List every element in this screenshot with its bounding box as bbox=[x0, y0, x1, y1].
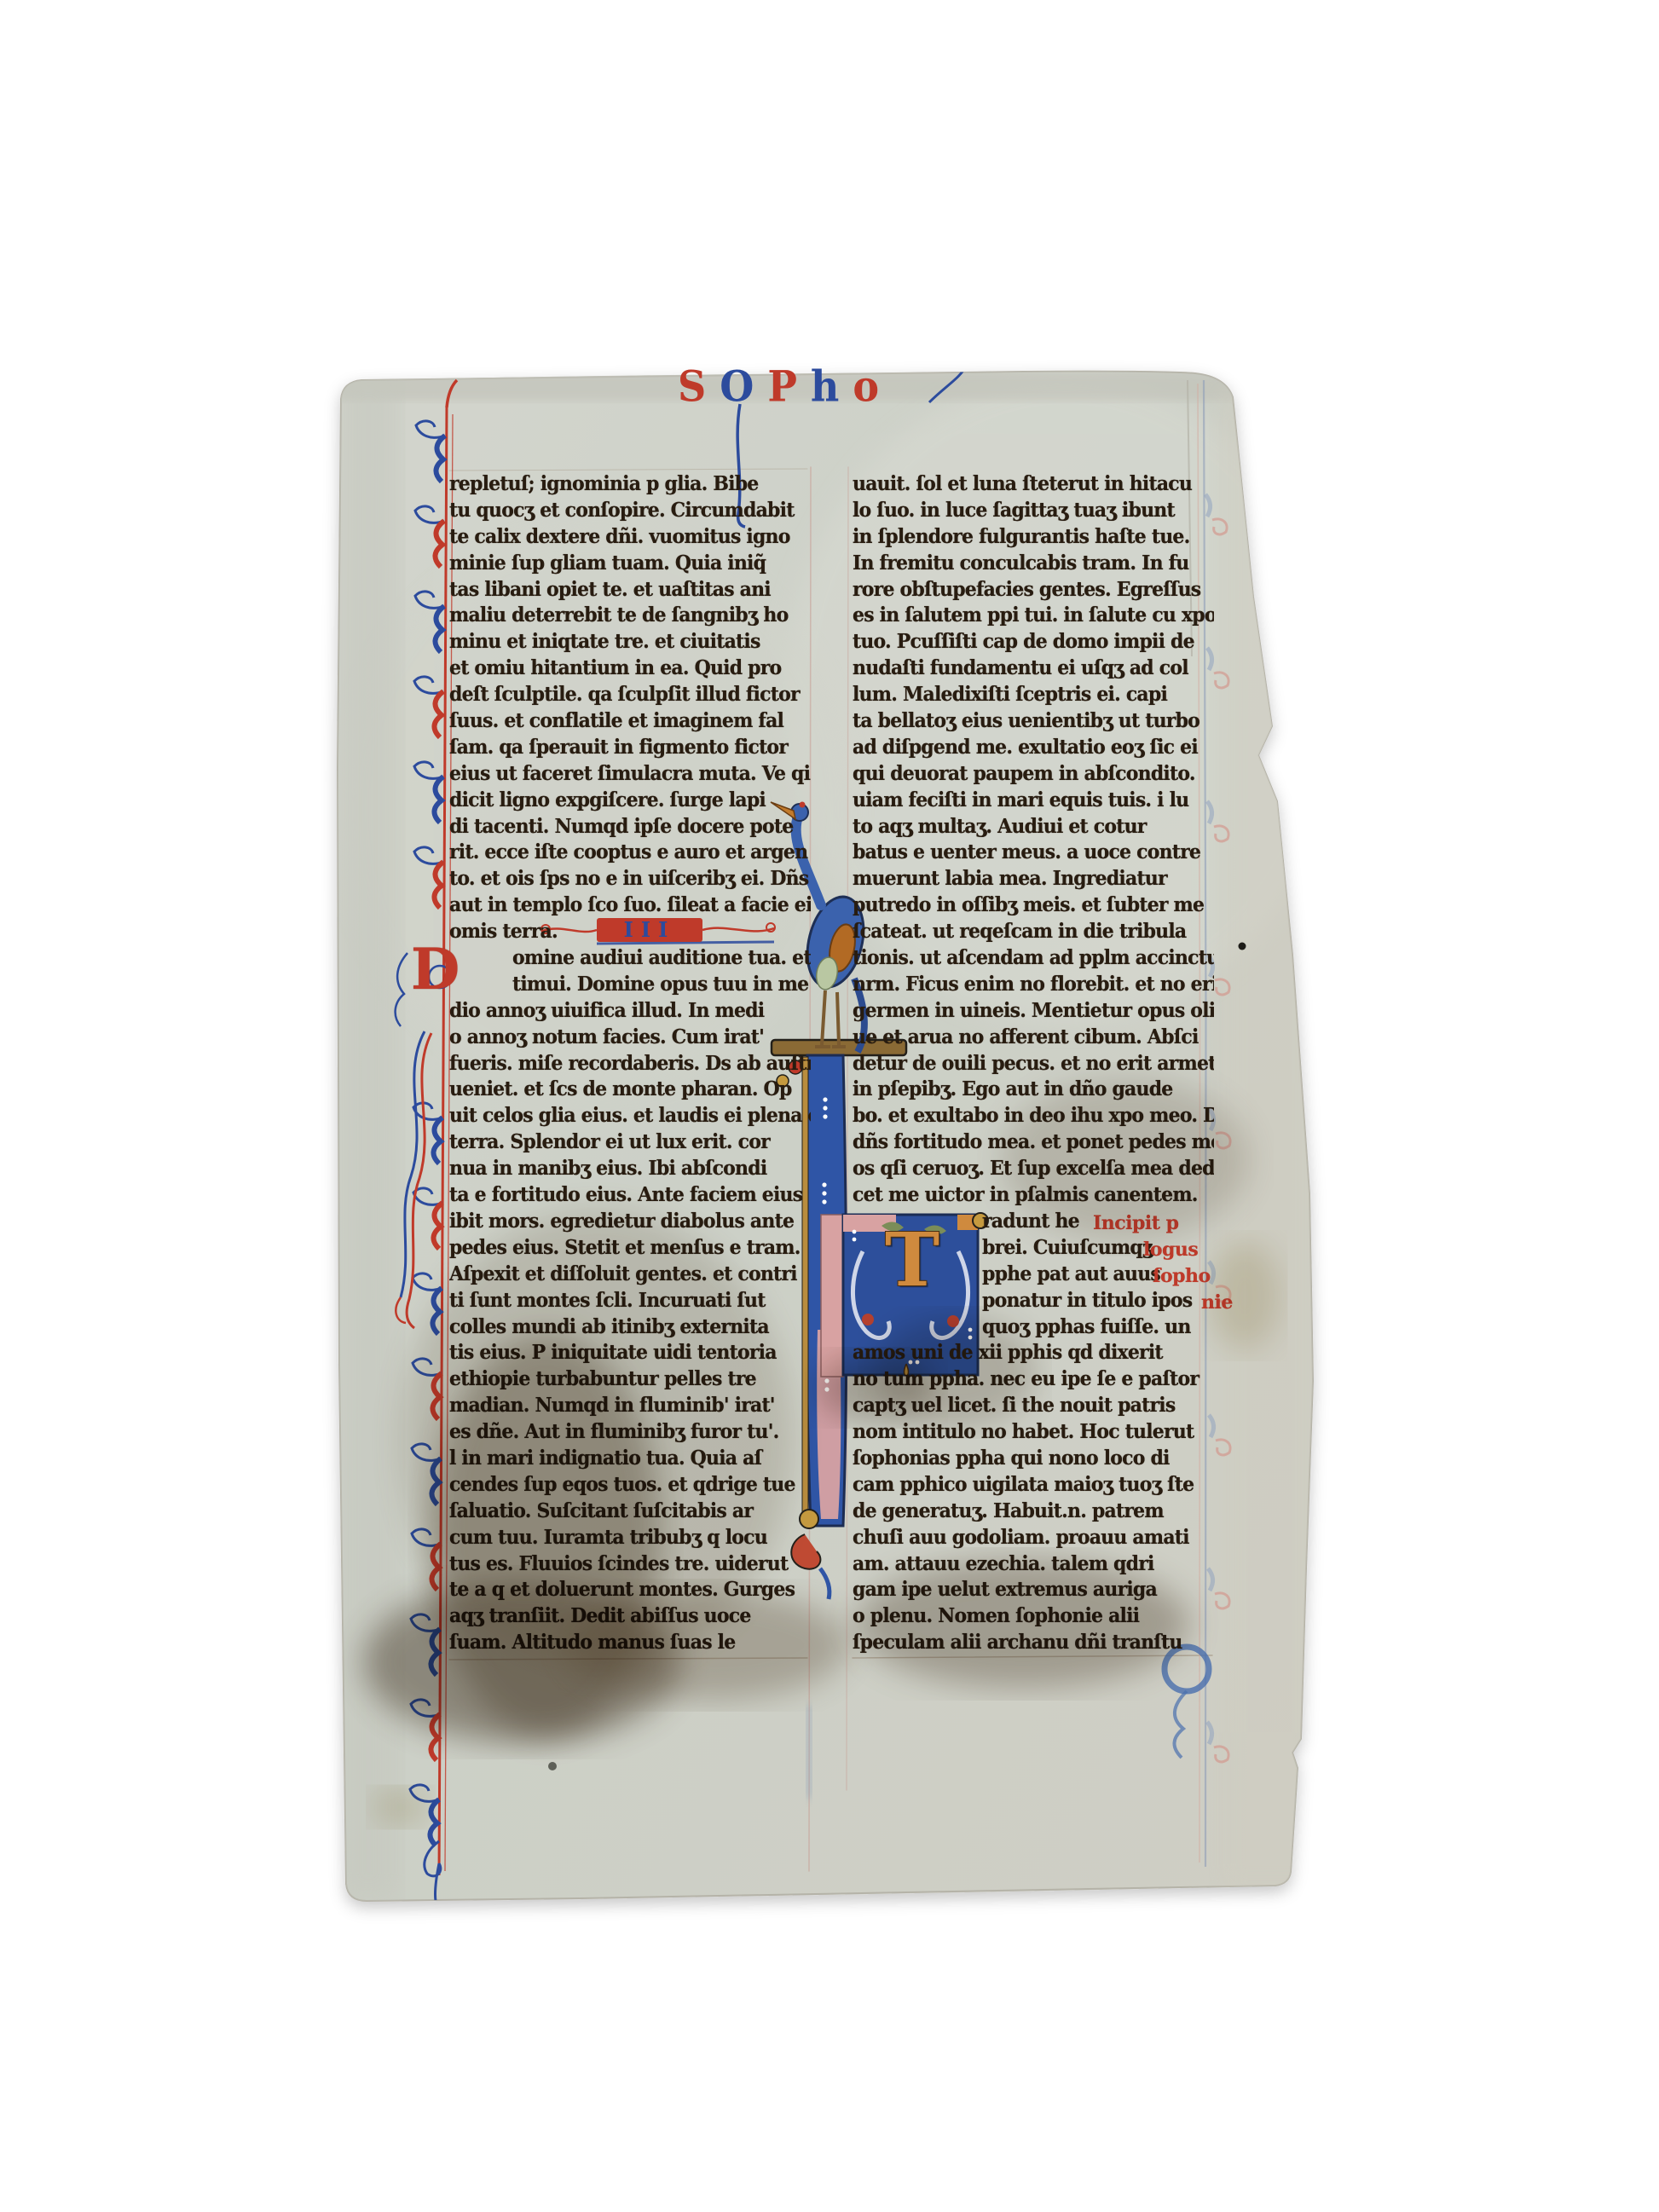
text-line: In fremitu conculcabis tram. In fu bbox=[853, 550, 1214, 577]
text-line: tu quocʒ et conſopire. Circumdabit bbox=[449, 497, 811, 524]
text-column-left: repletuſ; ignominia p glia. Bibetu quocʒ… bbox=[449, 471, 811, 1655]
text-line: maliu deterrebit te de ſangnibʒ ho bbox=[449, 602, 811, 629]
gutter-smudge bbox=[806, 1705, 812, 1799]
text-line: minu et iniqtate tre. et ciuitatis bbox=[449, 628, 811, 656]
text-line: gam ipe uelut extremus auriga bbox=[853, 1576, 1214, 1603]
running-title-letter: h bbox=[811, 365, 853, 407]
text-line: putredo in oſſibʒ meis. et ſubter me bbox=[853, 892, 1214, 919]
text-line: bo. et exultabo in deo ihu xpo meo. Ds bbox=[853, 1102, 1214, 1129]
text-line: ti ſunt montes ſcli. Incuruati ſut bbox=[449, 1287, 811, 1314]
text-line: te calix dextere dñi. vuomitus igno bbox=[449, 523, 811, 551]
text-line: madian. Numqd in fluminib' irat' bbox=[449, 1392, 811, 1419]
text-line: to aqʒ multaʒ. Audiui et cotur bbox=[853, 813, 1214, 840]
text-line: germen in uineis. Mentietur opus oli bbox=[853, 997, 1214, 1025]
text-line: fueris. miſe recordaberis. Ds ab auſtro bbox=[449, 1050, 811, 1077]
text-line: in pſepibʒ. Ego aut in dño gaude bbox=[853, 1076, 1214, 1103]
left-edge-shading bbox=[338, 375, 399, 1901]
text-line: in ſplendore fulgurantis haſte tue. bbox=[853, 523, 1214, 551]
text-line: cam pphico uigilata maioʒ tuoʒ ſte bbox=[853, 1471, 1214, 1499]
text-line: te a q et doluerunt montes. Gurges bbox=[449, 1576, 811, 1603]
running-title-letter: S bbox=[678, 365, 720, 407]
text-line: rit. ecce iſte cooptus e auro et argen bbox=[449, 839, 811, 866]
text-line: es dñe. Aut in fluminibʒ furor tu'. bbox=[449, 1418, 811, 1446]
text-line: os qſi ceruoʒ. Et ſup excelſa mea dedu bbox=[853, 1155, 1214, 1182]
text-line: cum tuu. Iuramta tribubʒ q locu bbox=[449, 1524, 811, 1551]
manuscript-leaf-photo: SOPho repletuſ; ignominia p glia. Bibetu… bbox=[0, 0, 1659, 2212]
parchment-artwork bbox=[0, 0, 1659, 2212]
chapter-number-rubric: III bbox=[597, 918, 702, 942]
text-line: et omiu hitantium in ea. Quid pro bbox=[449, 655, 811, 682]
text-line: cet me uictor in pſalmis canentem. bbox=[853, 1181, 1214, 1209]
text-line: ſpeculam alii archanu dñi tranſtu bbox=[853, 1629, 1214, 1656]
text-line: ue et arua no afferent cibum. Abſci bbox=[853, 1024, 1214, 1051]
text-line: captʒ uel licet. ſi the nouit patris bbox=[853, 1392, 1214, 1419]
text-line: chuſi auu godoliam. proauu amati bbox=[853, 1524, 1214, 1551]
text-column-right: uauit. ſol et luna ſteterut in hitaculo … bbox=[853, 471, 1214, 1655]
text-line: ſuam. Altitudo manus ſuas le bbox=[449, 1629, 811, 1656]
text-line: colles mundi ab itinibʒ externita bbox=[449, 1314, 811, 1341]
chapter-initial-letter: D bbox=[411, 941, 460, 997]
text-line: qui deuorat paupem in abſcondito. bbox=[853, 760, 1214, 788]
text-line: timui. Domine opus tuu in me bbox=[449, 971, 811, 998]
text-line: ibit mors. egredietur diabolus ante bbox=[449, 1208, 811, 1235]
running-title-letter: o bbox=[853, 365, 893, 407]
text-line: uauit. ſol et luna ſteterut in hitacu bbox=[853, 471, 1214, 498]
text-line: tas libani opiet te. et uaſtitas ani bbox=[449, 576, 811, 604]
incipit-rubric-part: nie bbox=[1201, 1290, 1233, 1316]
text-line: tus es. Fluuios ſcindes tre. uiderut bbox=[449, 1551, 811, 1578]
text-line: Aſpexit et diſſoluit gentes. et contri bbox=[449, 1261, 811, 1288]
text-line: di tacenti. Numqd ipſe docere pote bbox=[449, 813, 811, 840]
text-line: ſophonias ppha qui nono loco di bbox=[853, 1445, 1214, 1472]
text-line: tuo. Pcuſſiſti cap de domo impii de bbox=[853, 628, 1214, 656]
text-line: ſcateat. ut reqeſcam in die tribula bbox=[853, 918, 1214, 945]
text-line: to. et ois ſps no e in uiſceribʒ ei. Dñs bbox=[449, 865, 811, 892]
text-line: aut in templo ſco ſuo. ſileat a facie ei bbox=[449, 892, 811, 919]
text-line: ethiopie turbabuntur pelles tre bbox=[449, 1366, 811, 1393]
text-line: deſt ſculptile. qa ſculpſit illud fictor bbox=[449, 681, 811, 708]
text-line: uit celos glia eius. et laudis ei plena … bbox=[449, 1102, 811, 1129]
text-line: omine audiui auditione tua. et bbox=[449, 944, 811, 972]
text-line: am. attauu ezechia. talem qdri bbox=[853, 1551, 1214, 1578]
text-line: terra. Splendor ei ut lux erit. cor bbox=[449, 1129, 811, 1156]
text-line: lo ſuo. in luce ſagittaʒ tuaʒ ibunt bbox=[853, 497, 1214, 524]
text-line: detur de ouili pecus. et no erit armetu bbox=[853, 1050, 1214, 1077]
text-line: l in mari indignatio tua. Quia aſ bbox=[449, 1445, 811, 1472]
text-line: aqʒ tranſiit. Dedit abiſſus uoce bbox=[449, 1603, 811, 1630]
incipit-rubric-part: Incipit p bbox=[1093, 1210, 1178, 1237]
text-line: nudaſti fundamentu ei uſqʒ ad col bbox=[853, 655, 1214, 682]
text-line: tionis. ut aſcendam ad pplm accinctu bbox=[853, 944, 1214, 972]
text-line: tis eius. P iniquitate uidi tentoria bbox=[449, 1339, 811, 1366]
incipit-rubric-part: logus bbox=[1143, 1237, 1198, 1263]
text-line: nua in manibʒ eius. Ibi abſcondi bbox=[449, 1155, 811, 1182]
text-line: ta e fortitudo eius. Ante faciem eius bbox=[449, 1181, 811, 1209]
text-line: ta bellatoʒ eius uenientibʒ ut turbo bbox=[853, 707, 1214, 735]
text-line: o plenu. Nomen ſophonie alii bbox=[853, 1603, 1214, 1630]
text-line: dio annoʒ uiuifica illud. In medi bbox=[449, 997, 811, 1025]
running-title-letter: O bbox=[720, 365, 767, 407]
text-line: ſam. qa ſperauit in figmento fictor bbox=[449, 734, 811, 761]
text-line: repletuſ; ignominia p glia. Bibe bbox=[449, 471, 811, 498]
text-line: minie ſup gliam tuam. Quia iniq̃ bbox=[449, 550, 811, 577]
text-line: amos uni de xii pphis qd dixerit bbox=[853, 1339, 1214, 1366]
text-line: batus e uenter meus. a uoce contre bbox=[853, 839, 1214, 866]
incipit-rubric-part: ſopho bbox=[1153, 1263, 1211, 1290]
text-line: no tum ppha. nec eu ipe ſe e paſtor bbox=[853, 1366, 1214, 1393]
text-line: dñs fortitudo mea. et ponet pedes me bbox=[853, 1129, 1214, 1156]
running-title: SOPho bbox=[678, 367, 893, 406]
text-line: de generatuʒ. Habuit.n. patrem bbox=[853, 1498, 1214, 1525]
text-line: eius ut faceret ſimulacra muta. Ve qi bbox=[449, 760, 811, 788]
text-line: muerunt labia mea. Ingrediatur bbox=[853, 865, 1214, 892]
text-line: es in ſalutem ppi tui. in ſalute cu xpo bbox=[853, 602, 1214, 629]
text-line: lum. Maledixiſti ſceptris ei. capi bbox=[853, 681, 1214, 708]
text-line: ad diſpgend me. exultatio eoʒ ſic ei bbox=[853, 734, 1214, 761]
text-line: nom intitulo no habet. Hoc tulerut bbox=[853, 1418, 1214, 1446]
text-line: rore obſtupefacies gentes. Egreſſus bbox=[853, 576, 1214, 604]
text-line: dicit ligno expgiſcere. ſurge lapi bbox=[449, 787, 811, 814]
text-line: uiam feciſti in mari equis tuis. i lu bbox=[853, 787, 1214, 814]
text-line: ueniet. et ſcs de monte pharan. Op bbox=[449, 1076, 811, 1103]
text-line: ſaluatio. Suſcitant ſuſcitabis ar bbox=[449, 1498, 811, 1525]
text-line: ſuus. et conflatile et imaginem fal bbox=[449, 707, 811, 735]
running-title-letter: P bbox=[767, 365, 811, 407]
text-line: cendes ſup eqos tuos. et qdrige tue bbox=[449, 1471, 811, 1499]
text-line: o annoʒ notum facies. Cum irat' bbox=[449, 1024, 811, 1051]
prologue-initial-letter: T bbox=[885, 1224, 939, 1297]
text-line: nrm. Ficus enim no florebit. et no erit bbox=[853, 971, 1214, 998]
text-line: quoʒ pphas fuiſſe. un bbox=[853, 1314, 1214, 1341]
text-line: pedes eius. Stetit et menſus e tram. bbox=[449, 1234, 811, 1262]
